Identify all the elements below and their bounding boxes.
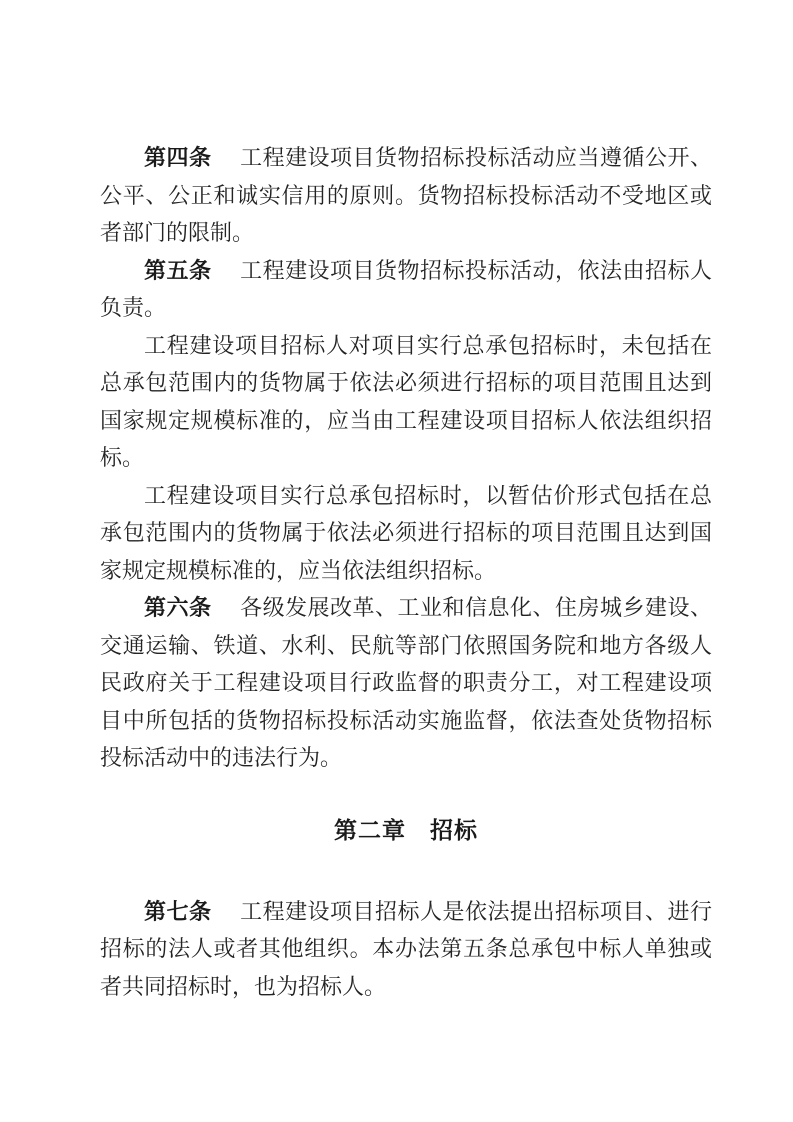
article-number-7: 第七条 [144,899,211,924]
article-number-5: 第五条 [144,258,211,283]
article-number-6: 第六条 [144,595,211,620]
article-number-4: 第四条 [144,145,211,170]
paragraph-text-2: 工程建设项目实行总承包招标时，以暂估价形式包括在总承包范围内的货物属于依法必须进… [100,483,712,583]
document-page: 第四条工程建设项目货物招标投标活动应当遵循公开、公平、公正和诚实信用的原则。货物… [0,0,793,1122]
article-paragraph-6: 第六条各级发展改革、工业和信息化、住房城乡建设、交通运输、铁道、水利、民航等部门… [100,589,712,777]
chapter-heading: 第二章 招标 [100,815,712,845]
article-paragraph-5: 第五条工程建设项目货物招标投标活动，依法由招标人负责。 [100,252,712,327]
document-content: 第四条工程建设项目货物招标投标活动应当遵循公开、公平、公正和诚实信用的原则。货物… [100,139,712,1005]
continuation-paragraph-1: 工程建设项目招标人对项目实行总承包招标时，未包括在总承包范围内的货物属于依法必须… [100,327,712,477]
article-paragraph-4: 第四条工程建设项目货物招标投标活动应当遵循公开、公平、公正和诚实信用的原则。货物… [100,139,712,252]
article-text-6: 各级发展改革、工业和信息化、住房城乡建设、交通运输、铁道、水利、民航等部门依照国… [100,595,712,770]
article-paragraph-7: 第七条工程建设项目招标人是依法提出招标项目、进行招标的法人或者其他组织。本办法第… [100,893,712,1006]
paragraph-text-1: 工程建设项目招标人对项目实行总承包招标时，未包括在总承包范围内的货物属于依法必须… [100,333,712,471]
continuation-paragraph-2: 工程建设项目实行总承包招标时，以暂估价形式包括在总承包范围内的货物属于依法必须进… [100,477,712,590]
